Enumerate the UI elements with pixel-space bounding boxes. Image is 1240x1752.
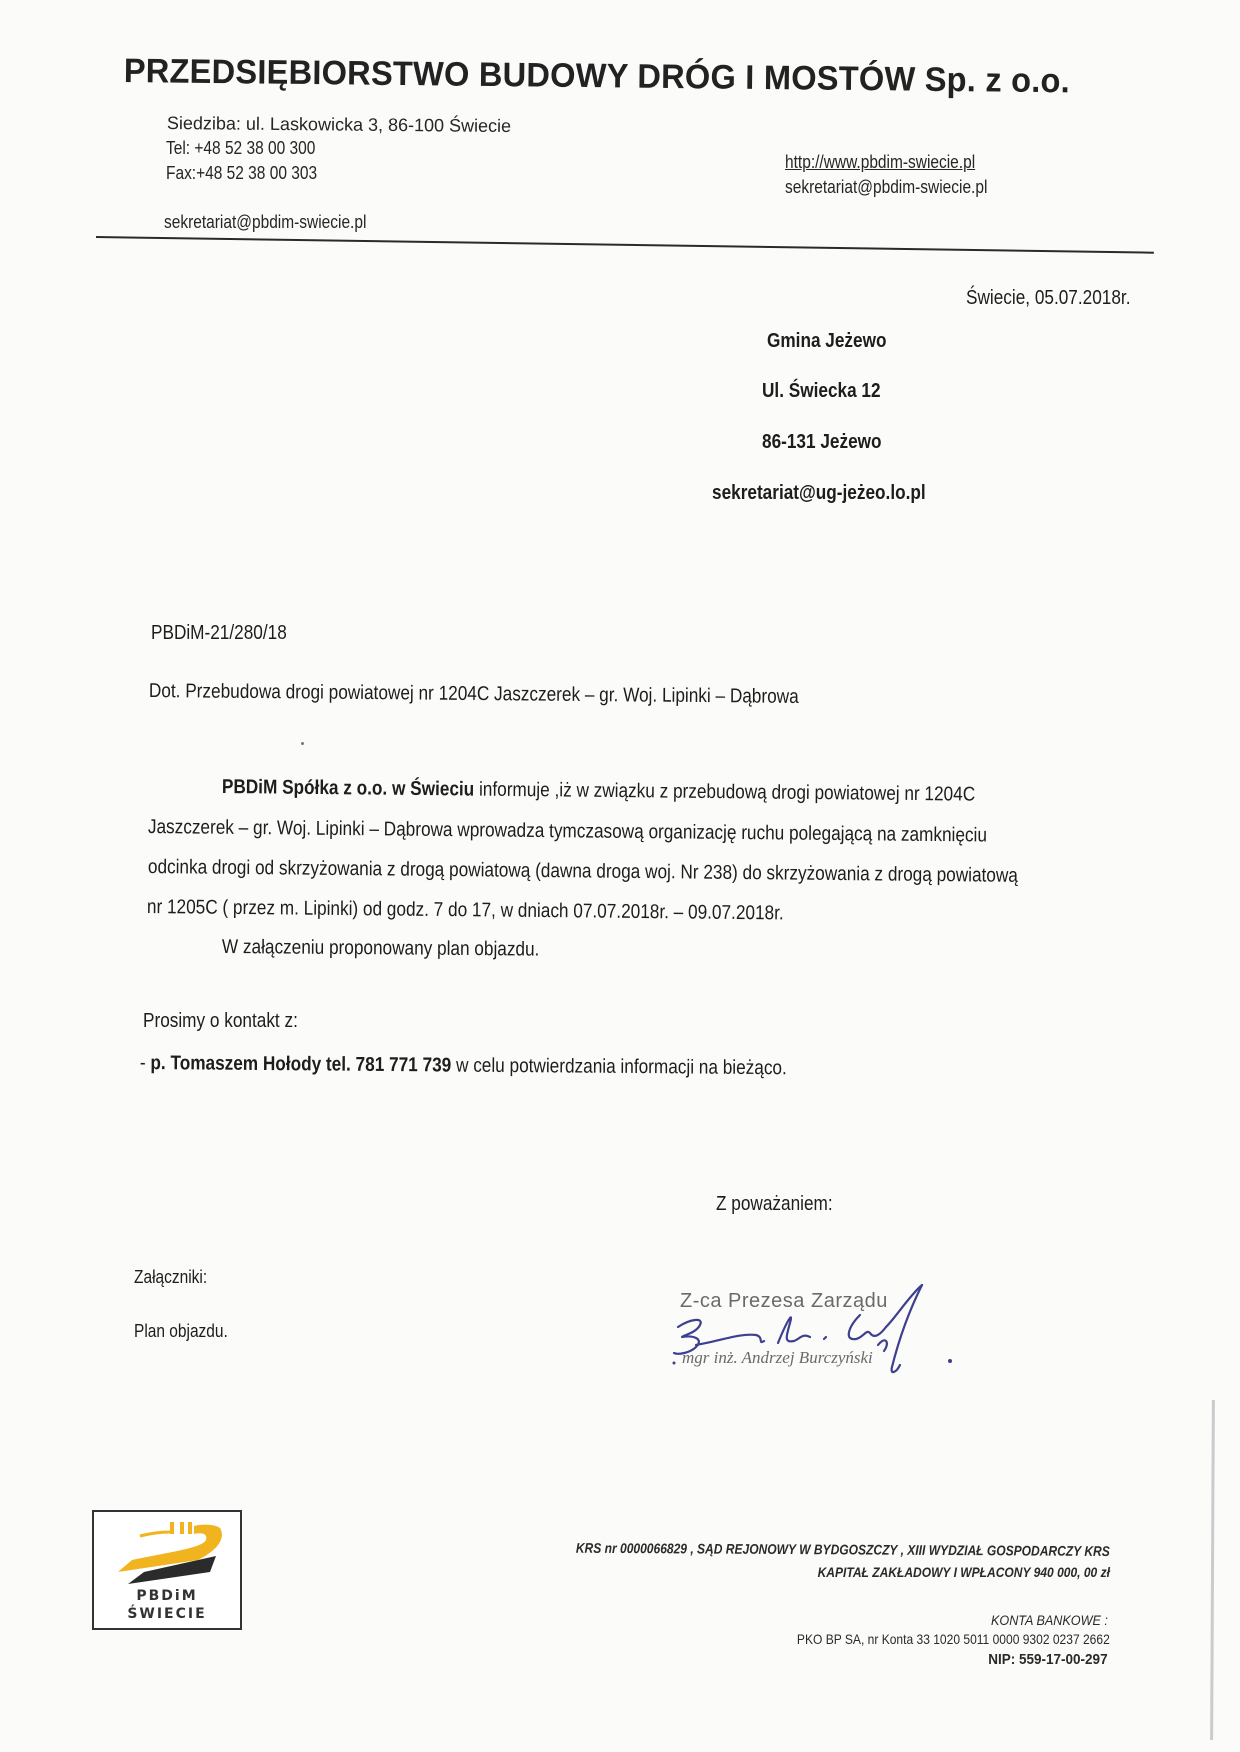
footer-krs: KRS nr 0000066829 , SĄD REJONOWY W BYDGO… xyxy=(576,1540,1110,1559)
company-email-right: sekretariat@pbdim-swiecie.pl xyxy=(785,177,987,198)
footer-bank-label: KONTA BANKOWE : xyxy=(991,1612,1108,1628)
recipient-street: Ul. Świecka 12 xyxy=(762,380,881,403)
body-line-1-text: informuje ,iż w związku z przebudową dro… xyxy=(474,779,975,806)
header-divider xyxy=(96,236,1154,254)
recipient-city: 86-131 Jeżewo xyxy=(762,431,882,454)
company-phone: Tel: +48 52 38 00 300 xyxy=(166,138,315,159)
letter-subject: Dot. Przebudowa drogi powiatowej nr 1204… xyxy=(149,680,799,709)
recipient-email: sekretariat@ug-jeżeo.lo.pl xyxy=(712,482,926,505)
contact-purpose: w celu potwierdzania informacji na bieżą… xyxy=(451,1055,787,1080)
letter-date: Świecie, 05.07.2018r. xyxy=(966,287,1130,310)
body-attachment-note: W załączeniu proponowany plan objazdu. xyxy=(222,936,540,962)
contact-line: - p. Tomaszem Hołody tel. 781 771 739 w … xyxy=(140,1052,787,1080)
company-website-link[interactable]: http://www.pbdim-swiecie.pl xyxy=(785,152,975,173)
company-address: Siedziba: ul. Laskowicka 3, 86-100 Świec… xyxy=(167,113,511,137)
road-bridge-logo-icon xyxy=(110,1520,230,1590)
sender-name: PBDiM Spółka z o.o. w Świeciu xyxy=(222,776,474,801)
company-fax: Fax:+48 52 38 00 303 xyxy=(166,163,317,184)
closing-salutation: Z poważaniem: xyxy=(716,1193,833,1216)
footer-capital: KAPITAŁ ZAKŁADOWY I WPŁACONY 940 000, 00… xyxy=(818,1564,1110,1580)
attachment-item: Plan objazdu. xyxy=(134,1321,228,1342)
scan-dot xyxy=(301,742,304,745)
attachments-label: Załączniki: xyxy=(134,1267,207,1288)
footer-nip: NIP: 559-17-00-297 xyxy=(989,1651,1108,1668)
company-logo: PBDiM ŚWIECIE xyxy=(92,1510,242,1630)
body-paragraph-line-4: nr 1205C ( przez m. Lipinki) od godz. 7 … xyxy=(147,896,784,925)
handwritten-signature xyxy=(660,1283,980,1383)
company-name: PRZEDSIĘBIORSTWO BUDOWY DRÓG I MOSTÓW Sp… xyxy=(124,52,1070,101)
logo-text-pbdim: PBDiM xyxy=(94,1588,240,1604)
company-email-left: sekretariat@pbdim-swiecie.pl xyxy=(164,212,366,233)
recipient-name: Gmina Jeżewo xyxy=(767,330,886,353)
contact-intro: Prosimy o kontakt z: xyxy=(143,1010,298,1033)
logo-text-swiecie: ŚWIECIE xyxy=(94,1606,240,1622)
contact-person: p. Tomaszem Hołody tel. 781 771 739 xyxy=(150,1052,451,1076)
body-paragraph-line-3: odcinka drogi od skrzyżowania z drogą po… xyxy=(148,856,1018,888)
reference-number: PBDiM-21/280/18 xyxy=(151,622,287,645)
body-paragraph-line-2: Jaszczerek – gr. Woj. Lipinki – Dąbrowa … xyxy=(148,816,987,848)
scan-edge-line xyxy=(1210,1400,1215,1740)
contact-bullet: - xyxy=(140,1052,151,1074)
body-paragraph-line-1: PBDiM Spółka z o.o. w Świeciu informuje … xyxy=(222,776,975,807)
footer-bank-account: PKO BP SA, nr Konta 33 1020 5011 0000 93… xyxy=(797,1631,1110,1647)
